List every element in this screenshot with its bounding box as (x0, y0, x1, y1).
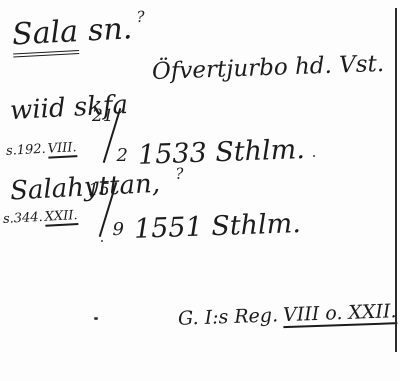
entry2-page-ref: s.344. (3, 210, 43, 227)
entry2-date-month: 9 (113, 219, 124, 240)
entry1-date-line: 21 2 1533 Sthlm. (92, 106, 305, 166)
entry1-date-day: 21 (92, 106, 114, 126)
parish-suffix: sn. (87, 11, 133, 48)
source-reference-prefix: G. I:s Reg. (178, 304, 279, 329)
heading-question-mark: ? (136, 8, 145, 26)
ink-speck (101, 240, 103, 242)
place-name: Sala (11, 14, 79, 57)
entry1-page-ref: s.192. (6, 142, 46, 159)
entry2-source-ref: s.344.XXII. (3, 209, 78, 227)
entry1-date-fraction: 21 2 (92, 106, 130, 166)
entry1-date-month: 2 (117, 145, 128, 166)
archive-card: Salasn.? Öfvertjurbo hd. Vst. wiid skfa … (0, 0, 400, 381)
card-edge-line (395, 8, 397, 352)
heading-line: Salasn.? (11, 9, 146, 52)
ink-speck (313, 155, 315, 157)
entry2-volume-ref: XXII. (44, 208, 78, 227)
source-reference: G. I:s Reg.VIII o. XXII. (178, 301, 397, 330)
entry1-volume-ref: VIII. (47, 140, 77, 158)
entry2-date-day: 15 (88, 180, 110, 200)
entry1-year-place: 1533 Sthlm. (138, 136, 306, 169)
entry1-source-ref: s.192.VIII. (6, 141, 77, 159)
entry2-year-place: 1551 Sthlm. (134, 210, 302, 243)
entry2-date-line: 15 9 1551 Sthlm. (88, 180, 301, 240)
source-reference-volumes: VIII o. XXII. (283, 300, 397, 328)
district-line: Öfvertjurbo hd. Vst. (152, 52, 385, 85)
entry2-date-fraction: 15 9 (88, 180, 126, 240)
ink-speck (94, 317, 98, 320)
